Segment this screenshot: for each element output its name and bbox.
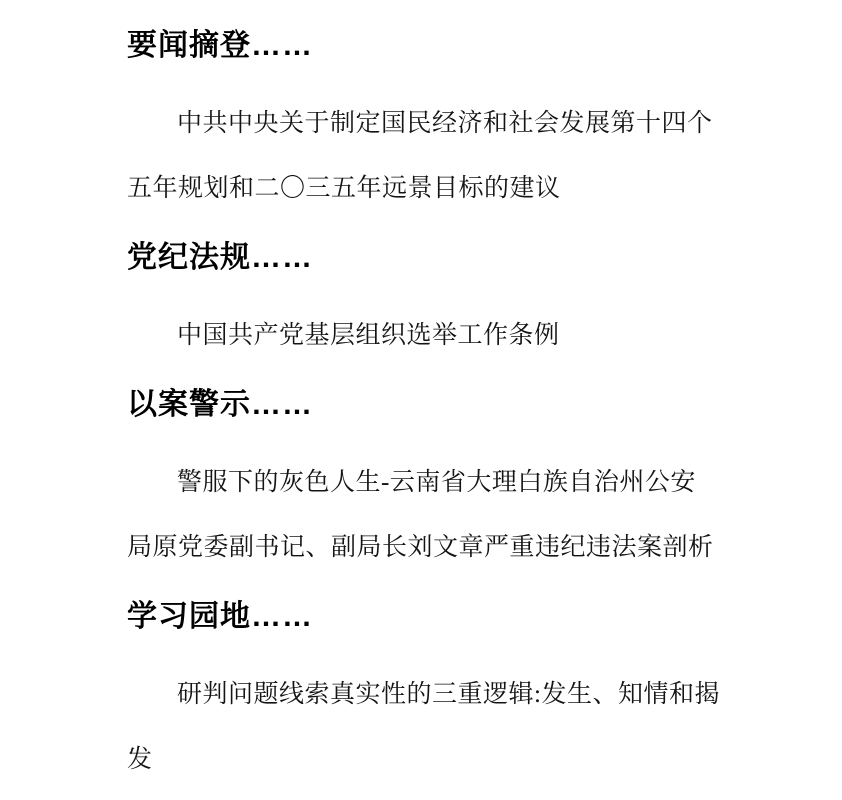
toc-entry: 警服下的灰色人生-云南省大理白族自治州公安 局原党委副书记、副局长刘文章严重违纪… <box>127 450 715 580</box>
section-heading: 党纪法规…… <box>127 243 715 273</box>
toc-entry-line: 警服下的灰色人生-云南省大理白族自治州公安 <box>127 450 715 515</box>
section-heading: 学习园地…… <box>127 602 715 632</box>
toc-entry-line: 五年规划和二〇三五年远景目标的建议 <box>127 156 715 221</box>
toc-entry-line: 中国共产党基层组织选举工作条例 <box>127 303 715 368</box>
toc-entry: 中国共产党基层组织选举工作条例 <box>127 303 715 368</box>
section-heading: 要闻摘登…… <box>127 31 715 61</box>
toc-section-dangji-fagui: 党纪法规…… 中国共产党基层组织选举工作条例 <box>127 243 715 368</box>
document-page: 要闻摘登…… 中共中央关于制定国民经济和社会发展第十四个 五年规划和二〇三五年远… <box>0 0 842 800</box>
toc-entry-line: 中共中央关于制定国民经济和社会发展第十四个 <box>127 91 715 156</box>
toc-section-xuexi-yuandi: 学习园地…… 研判问题线索真实性的三重逻辑:发生、知情和揭 发 <box>127 602 715 792</box>
toc-entry: 研判问题线索真实性的三重逻辑:发生、知情和揭 发 <box>127 662 715 792</box>
toc-entry-line: 研判问题线索真实性的三重逻辑:发生、知情和揭 <box>127 662 715 727</box>
toc-section-yian-jingshi: 以案警示…… 警服下的灰色人生-云南省大理白族自治州公安 局原党委副书记、副局长… <box>127 390 715 580</box>
toc-entry: 中共中央关于制定国民经济和社会发展第十四个 五年规划和二〇三五年远景目标的建议 <box>127 91 715 221</box>
section-heading: 以案警示…… <box>127 390 715 420</box>
toc-entry-line: 发 <box>127 727 715 792</box>
toc-entry-line: 局原党委副书记、副局长刘文章严重违纪违法案剖析 <box>127 515 715 580</box>
toc-section-yaowen-zhaideng: 要闻摘登…… 中共中央关于制定国民经济和社会发展第十四个 五年规划和二〇三五年远… <box>127 31 715 221</box>
